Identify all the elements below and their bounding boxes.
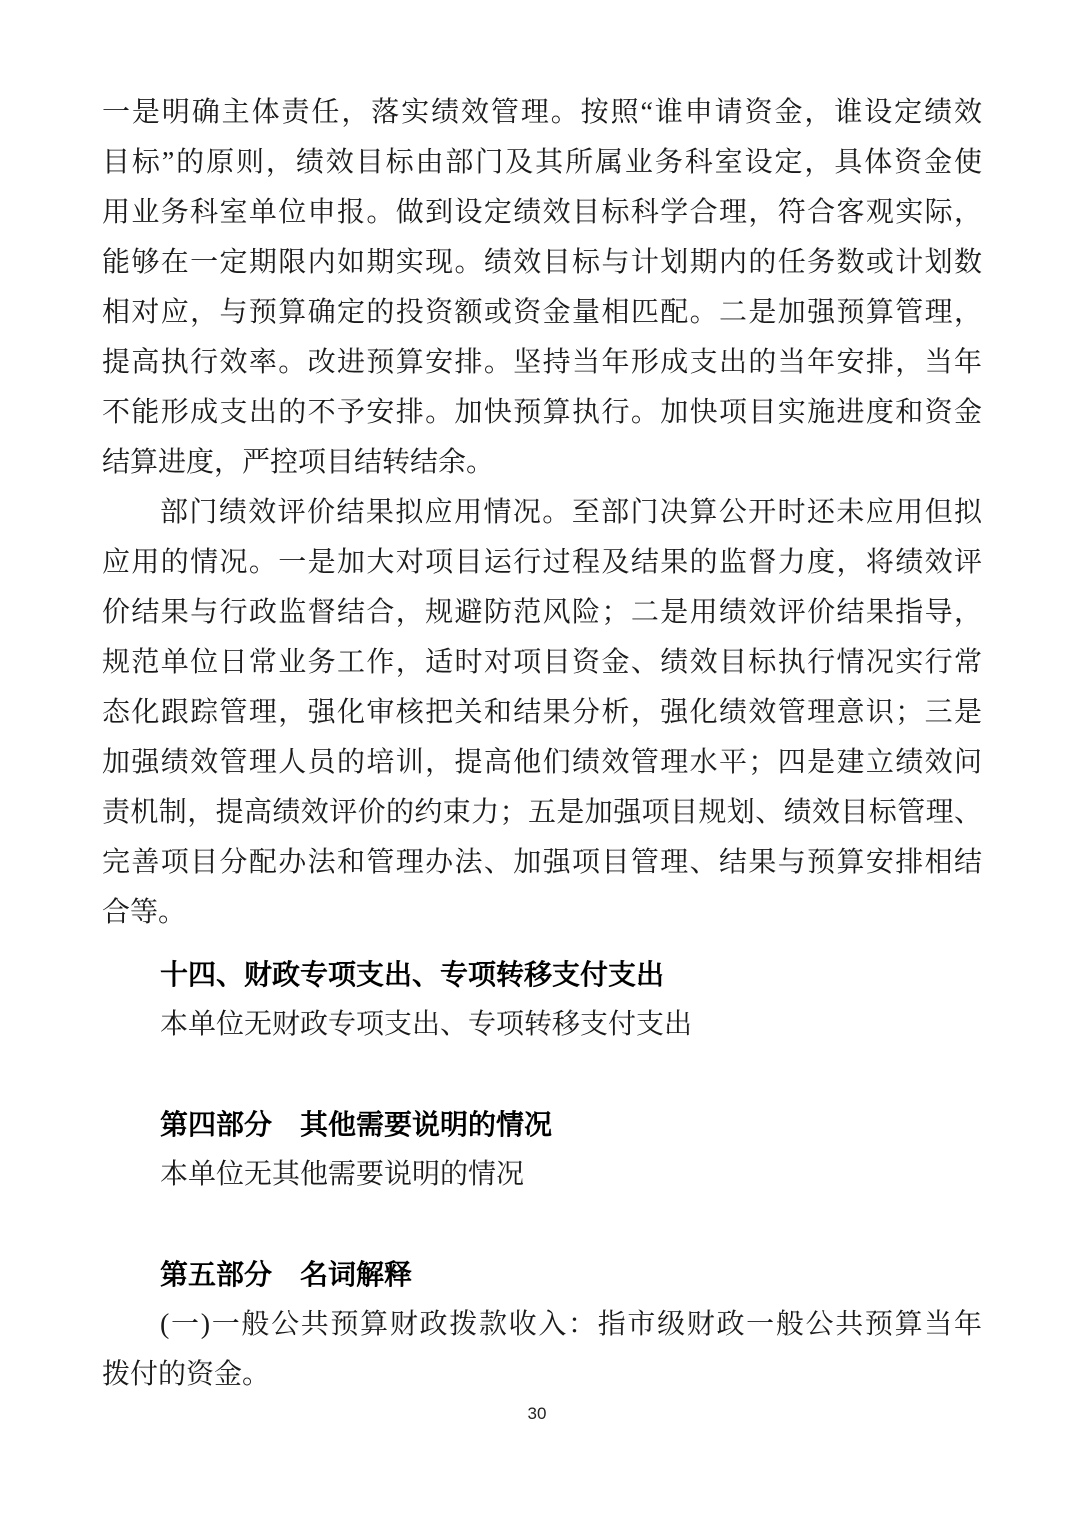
text-line: 目标”的原则，绩效目标由部门及其所属业务科室设定，具体资金使 — [102, 138, 982, 188]
document-body: 一是明确主体责任，落实绩效管理。按照“谁申请资金，谁设定绩效 目标”的原则，绩效… — [102, 88, 982, 1400]
text-line: 加强绩效管理人员的培训，提高他们绩效管理水平；四是建立绩效问 — [102, 738, 982, 788]
document-page: 一是明确主体责任，落实绩效管理。按照“谁申请资金，谁设定绩效 目标”的原则，绩效… — [0, 0, 1074, 1520]
part-4-body: 本单位无其他需要说明的情况 — [102, 1150, 982, 1200]
text-line: 应用的情况。一是加大对项目运行过程及结果的监督力度，将绩效评 — [102, 538, 982, 588]
text-line: 价结果与行政监督结合，规避防范风险；二是用绩效评价结果指导， — [102, 588, 982, 638]
text-line: 合等。 — [102, 888, 982, 938]
text-line: 相对应，与预算确定的投资额或资金量相匹配。二是加强预算管理， — [102, 288, 982, 338]
text-line: 责机制，提高绩效评价的约束力；五是加强项目规划、绩效目标管理、 — [102, 788, 982, 838]
text-line: 结算进度，严控项目结转结余。 — [102, 438, 982, 488]
text-line: 不能形成支出的不予安排。加快预算执行。加快项目实施进度和资金 — [102, 388, 982, 438]
blank-line — [102, 1200, 982, 1250]
text-line: 提高执行效率。改进预算安排。坚持当年形成支出的当年安排，当年 — [102, 338, 982, 388]
text-line: 部门绩效评价结果拟应用情况。至部门决算公开时还未应用但拟 — [102, 488, 982, 538]
section-14-body: 本单位无财政专项支出、专项转移支付支出 — [102, 1000, 982, 1050]
part-5-heading: 第五部分 名词解释 — [102, 1250, 982, 1300]
section-14-heading: 十四、财政专项支出、专项转移支付支出 — [102, 950, 982, 1000]
text-line: 拨付的资金。 — [102, 1350, 982, 1400]
text-line: 规范单位日常业务工作，适时对项目资金、绩效目标执行情况实行常 — [102, 638, 982, 688]
text-line: (一)一般公共预算财政拨款收入：指市级财政一般公共预算当年 — [102, 1300, 982, 1350]
blank-line — [102, 1050, 982, 1100]
text-line: 能够在一定期限内如期实现。绩效目标与计划期内的任务数或计划数 — [102, 238, 982, 288]
text-line: 态化跟踪管理，强化审核把关和结果分析，强化绩效管理意识；三是 — [102, 688, 982, 738]
page-number: 30 — [0, 1404, 1074, 1424]
text-line: 一是明确主体责任，落实绩效管理。按照“谁申请资金，谁设定绩效 — [102, 88, 982, 138]
text-line: 完善项目分配办法和管理办法、加强项目管理、结果与预算安排相结 — [102, 838, 982, 888]
part-4-heading: 第四部分 其他需要说明的情况 — [102, 1100, 982, 1150]
text-line: 用业务科室单位申报。做到设定绩效目标科学合理，符合客观实际， — [102, 188, 982, 238]
